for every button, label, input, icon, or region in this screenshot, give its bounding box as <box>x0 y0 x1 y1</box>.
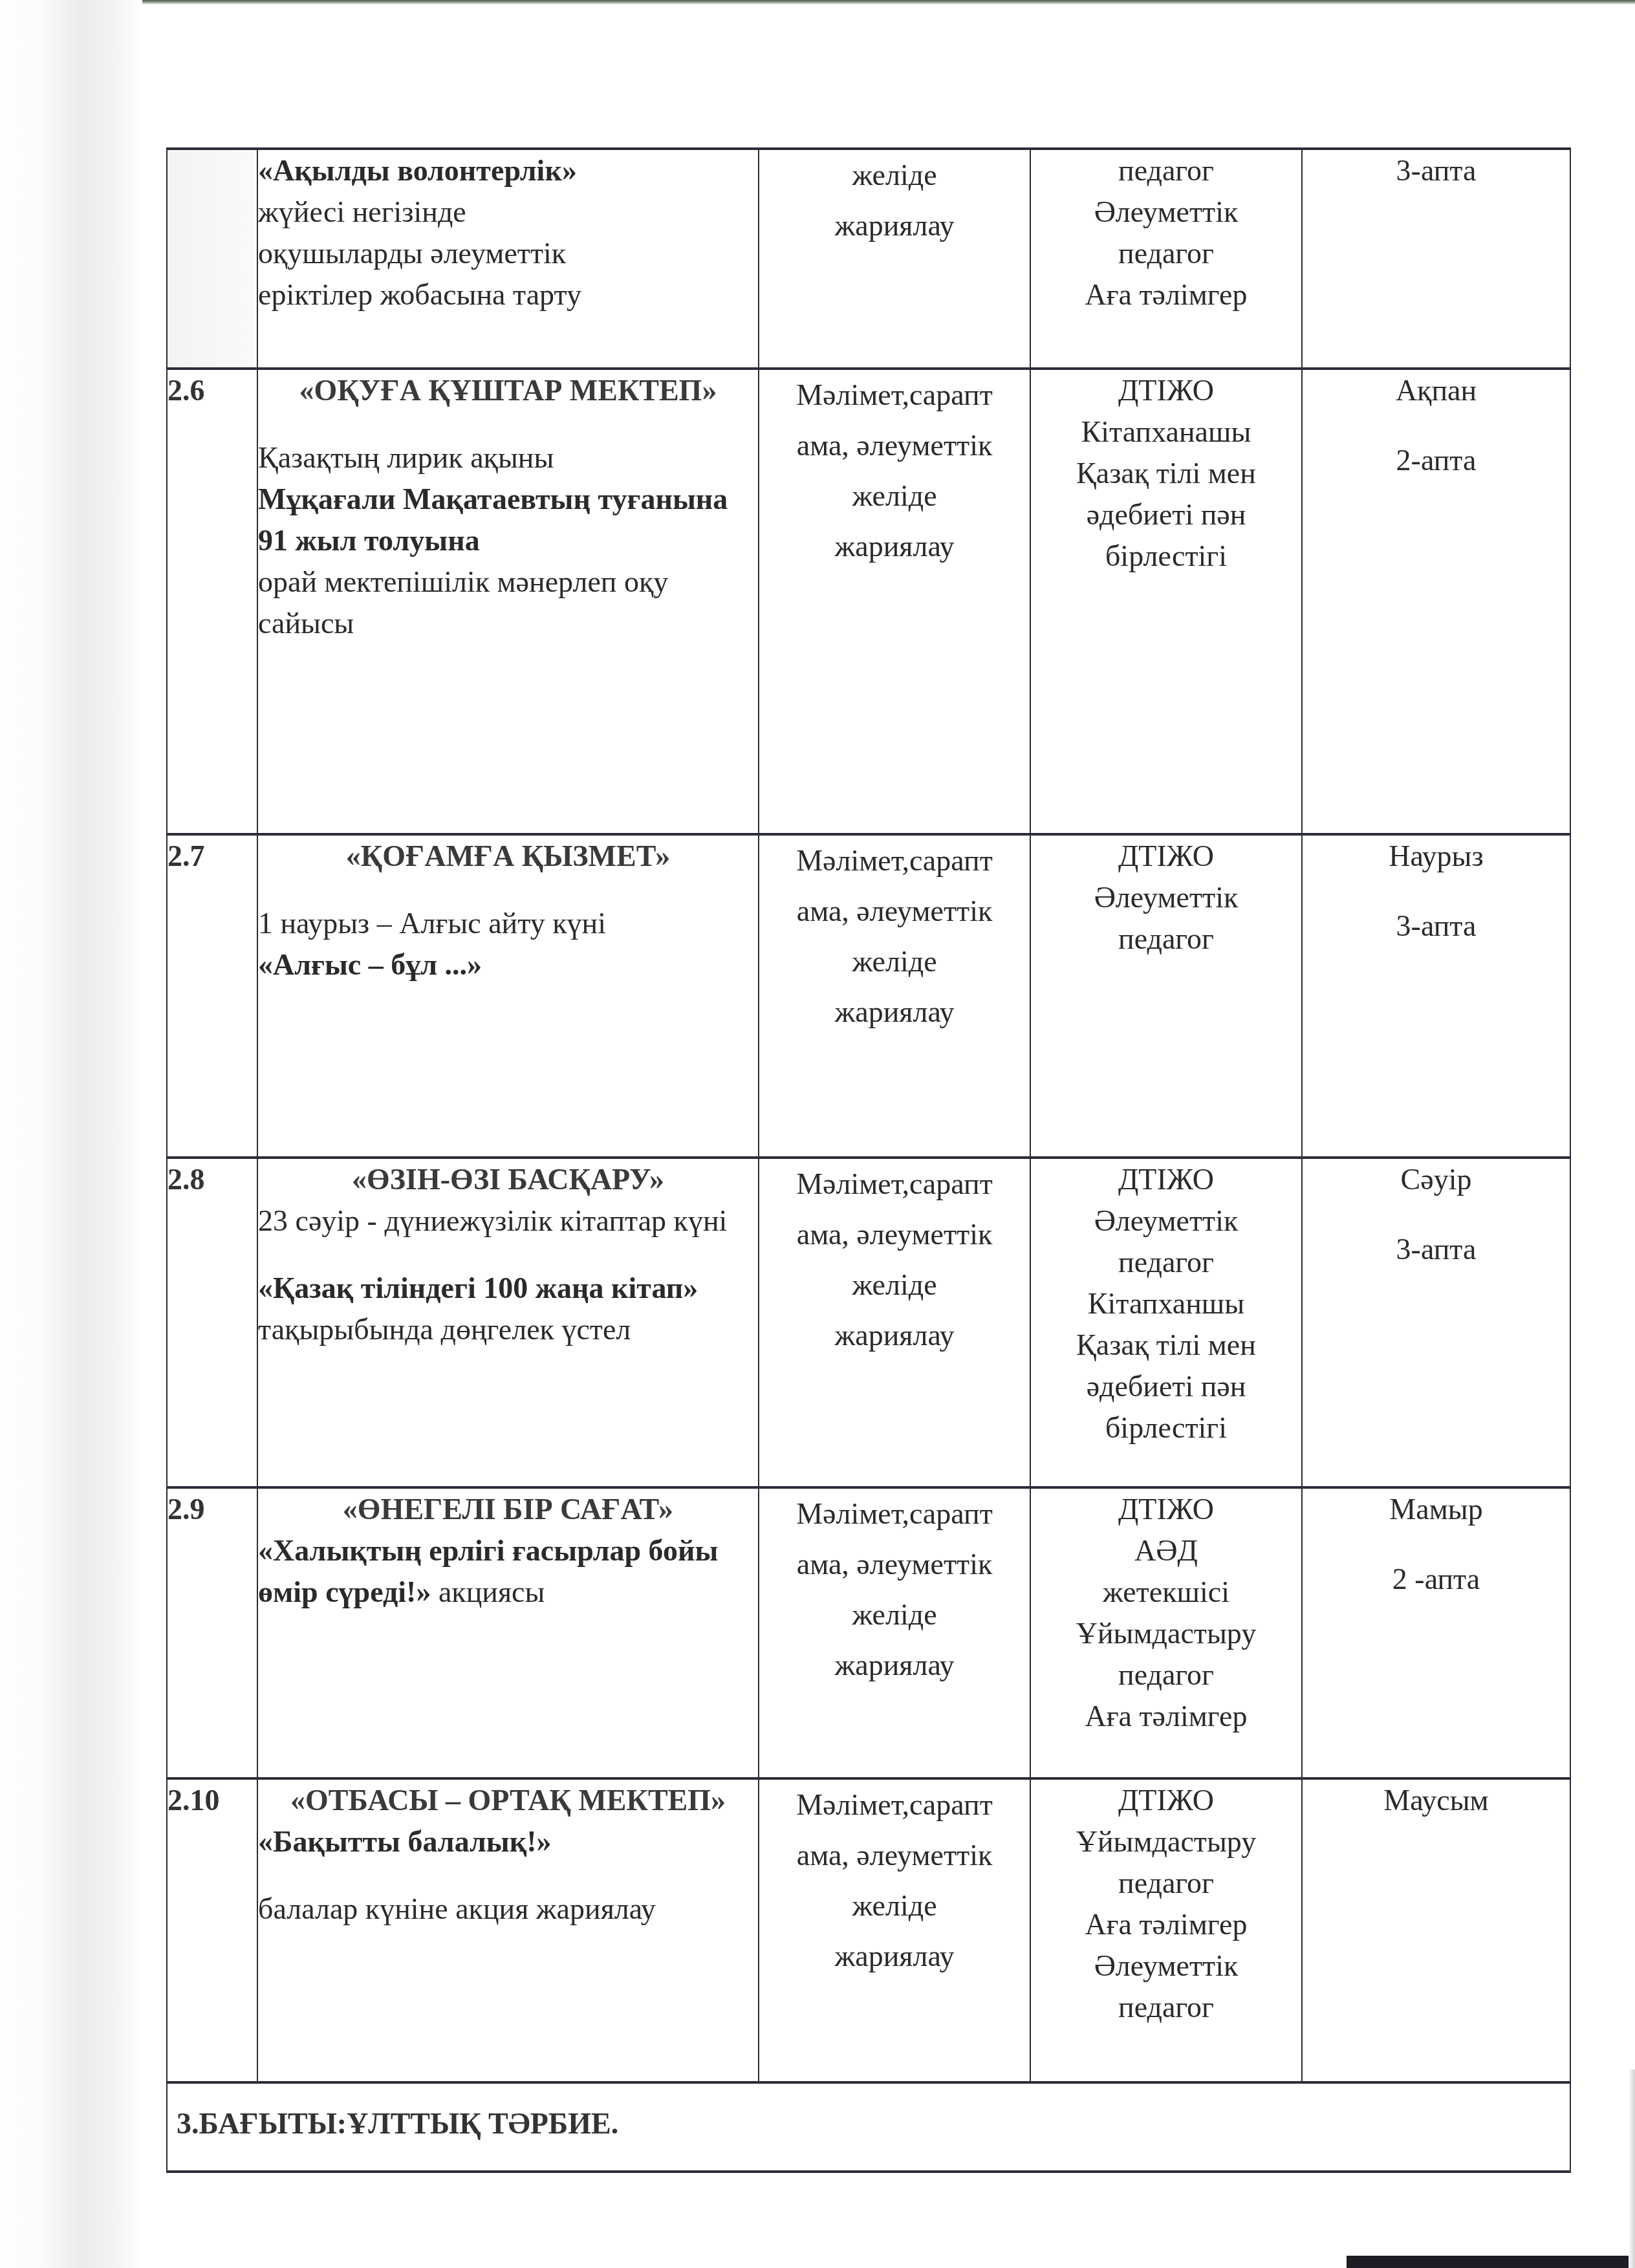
format-text: желіде <box>759 150 1030 200</box>
event-highlight: «Қазақ тіліндегі 100 жаңа кітап» <box>258 1271 698 1304</box>
row-number: 2.10 <box>167 1778 257 2082</box>
table-row: 2.8«ӨЗІН-ӨЗІ БАСҚАРУ»23 сәуір - дүниежүз… <box>167 1158 1570 1487</box>
table-row: 2.9«ӨНЕГЕЛІ БІР САҒАТ»«Халықтың ерлігі ғ… <box>167 1487 1570 1778</box>
deadline-cell: 3-апта <box>1302 149 1570 369</box>
deadline-text: 3-апта <box>1303 150 1570 191</box>
format-text: ама, әлеуметтік <box>759 1209 1030 1260</box>
responsible-person: педагог <box>1031 233 1301 274</box>
section-heading: 3.БАҒЫТЫ:ҰЛТТЫҚ ТӘРБИЕ. <box>167 2082 1570 2172</box>
spacer <box>1303 1530 1570 1559</box>
spacer <box>1303 411 1570 440</box>
deadline-cell: Ақпан2-апта <box>1302 369 1570 834</box>
deadline-cell: Маусым <box>1302 1778 1570 2082</box>
responsible-person: АӘД <box>1031 1530 1301 1571</box>
format-text: ама, әлеуметтік <box>759 886 1030 936</box>
format-text: желіде <box>759 1260 1030 1310</box>
format-text: желіде <box>759 1881 1030 1931</box>
format-text: желіде <box>759 471 1030 521</box>
format-cell: Мәлімет,сараптама, әлеуметтікжелідежария… <box>759 1778 1030 2082</box>
row-number <box>167 149 257 369</box>
responsible-cell: ДТІЖОӘлеуметтікпедагог <box>1030 834 1302 1158</box>
table-row: 2.7«ҚОҒАМҒА ҚЫЗМЕТ»1 наурыз – Алғыс айту… <box>167 834 1570 1158</box>
responsible-person: педагог <box>1031 918 1301 960</box>
responsible-person: әдебиеті пән <box>1031 494 1301 535</box>
scan-right-edge <box>1629 2069 1635 2268</box>
format-text: Мәлімет,сарапт <box>759 836 1030 886</box>
responsible-person: педагог <box>1031 1654 1301 1696</box>
responsible-cell: ДТІЖОҰйымдастырупедагогАға тәлімгерӘлеум… <box>1030 1778 1302 2082</box>
event-cell: «ОҚУҒА ҚҰШТАР МЕКТЕП»Қазақтың лирик ақын… <box>257 369 759 834</box>
event-description: «Ақылды волонтерлік» <box>258 150 758 191</box>
event-cell: «ӨНЕГЕЛІ БІР САҒАТ»«Халықтың ерлігі ғасы… <box>257 1487 759 1778</box>
responsible-person: ДТІЖО <box>1031 836 1301 877</box>
responsible-person: педагог <box>1031 1863 1301 1904</box>
responsible-person: Әлеуметтік <box>1031 877 1301 918</box>
format-cell: Мәлімет,сараптама, әлеуметтікжелідежария… <box>759 1158 1030 1487</box>
event-description: Мұқағали Мақатаевтың туғанына 91 жыл тол… <box>258 479 758 561</box>
format-text: жариялау <box>759 987 1030 1037</box>
event-description: орай мектепішілік мәнерлеп оқу сайысы <box>258 561 758 644</box>
responsible-cell: ДТІЖОӘлеуметтікпедагогКітапханшыҚазақ ті… <box>1030 1158 1302 1487</box>
responsible-person: ДТІЖО <box>1031 1489 1301 1530</box>
responsible-person: ДТІЖО <box>1031 1780 1301 1821</box>
deadline-text: 3-апта <box>1303 1229 1570 1270</box>
deadline-cell: Мамыр2 -апта <box>1302 1487 1570 1778</box>
scan-binding-shadow <box>0 0 142 2268</box>
event-title: «ОҚУҒА ҚҰШТАР МЕКТЕП» <box>258 370 758 411</box>
format-text: ама, әлеуметтік <box>759 1830 1030 1881</box>
responsible-cell: ДТІЖОАӘДжетекшісіҰйымдастырупедагогАға т… <box>1030 1487 1302 1778</box>
responsible-cell: педагогӘлеуметтікпедагогАға тәлімгер <box>1030 149 1302 369</box>
event-description: «Алғыс – бұл ...» <box>258 944 758 986</box>
format-text: Мәлімет,сарапт <box>759 1780 1030 1830</box>
format-text: жариялау <box>759 1640 1030 1690</box>
scan-bottom-edge <box>1347 2256 1635 2268</box>
event-description: «Халықтың ерлігі ғасырлар бойы өмір сүре… <box>258 1530 758 1613</box>
event-description: еріктілер жобасына тарту <box>258 274 758 316</box>
responsible-person: Қазақ тілі мен <box>1031 1324 1301 1366</box>
responsible-person: Аға тәлімгер <box>1031 1904 1301 1945</box>
format-cell: Мәлімет,сараптама, әлеуметтікжелідежария… <box>759 1487 1030 1778</box>
event-text: 23 сәуір - дүниежүзілік кітаптар күні <box>258 1204 727 1237</box>
spacer <box>258 877 758 903</box>
event-description: жүйесі негізінде <box>258 191 758 233</box>
deadline-text: Маусым <box>1303 1780 1570 1821</box>
deadline-text: 2 -апта <box>1303 1559 1570 1600</box>
event-cell: «ҚОҒАМҒА ҚЫЗМЕТ»1 наурыз – Алғыс айту кү… <box>257 834 759 1158</box>
event-cell: «ОТБАСЫ – ОРТАҚ МЕКТЕП»«Бақытты балалық!… <box>257 1778 759 2082</box>
event-text: тақырыбында дөңгелек үстел <box>258 1313 631 1346</box>
event-text: 1 наурыз – Алғыс айту күні <box>258 907 606 940</box>
responsible-person: ДТІЖО <box>1031 370 1301 411</box>
responsible-person: педагог <box>1031 1242 1301 1283</box>
event-description: 23 сәуір - дүниежүзілік кітаптар күні <box>258 1200 758 1242</box>
responsible-person: педагог <box>1031 150 1301 191</box>
responsible-person: Аға тәлімгер <box>1031 1696 1301 1737</box>
responsible-person: Қазақ тілі мен <box>1031 453 1301 494</box>
event-description: оқушыларды әлеуметтік <box>258 233 758 274</box>
event-text: Қазақтың лирик ақыны <box>258 441 554 474</box>
format-text: желіде <box>759 1590 1030 1640</box>
format-text: ама, әлеуметтік <box>759 1539 1030 1590</box>
deadline-text: Наурыз <box>1303 836 1570 877</box>
table-row: 2.6«ОҚУҒА ҚҰШТАР МЕКТЕП»Қазақтың лирик а… <box>167 369 1570 834</box>
event-text: орай мектепішілік мәнерлеп оқу сайысы <box>258 565 668 640</box>
row-number: 2.9 <box>167 1487 257 1778</box>
responsible-person: педагог <box>1031 1987 1301 2028</box>
responsible-person: бірлестігі <box>1031 535 1301 577</box>
format-text: ама, әлеуметтік <box>759 420 1030 471</box>
event-description: Қазақтың лирик ақыны <box>258 437 758 479</box>
spacer <box>1303 1200 1570 1229</box>
event-text: жүйесі негізінде <box>258 195 466 228</box>
format-text: жариялау <box>759 1931 1030 1982</box>
format-text: Мәлімет,сарапт <box>759 1159 1030 1209</box>
spacer <box>1303 877 1570 905</box>
table-row: «Ақылды волонтерлік»жүйесі негізіндеоқуш… <box>167 149 1570 369</box>
event-description: балалар күніне акция жариялау <box>258 1888 758 1930</box>
responsible-person: Әлеуметтік <box>1031 1945 1301 1987</box>
format-text: желіде <box>759 936 1030 987</box>
row-number: 2.7 <box>167 834 257 1158</box>
deadline-cell: Сәуір3-апта <box>1302 1158 1570 1487</box>
responsible-person: әдебиеті пән <box>1031 1366 1301 1407</box>
deadline-text: Ақпан <box>1303 370 1570 411</box>
spacer <box>258 1863 758 1888</box>
responsible-person: ДТІЖО <box>1031 1159 1301 1200</box>
event-title: «ӨЗІН-ӨЗІ БАСҚАРУ» <box>258 1159 758 1200</box>
format-cell: желідежариялау <box>759 149 1030 369</box>
event-title: «ӨНЕГЕЛІ БІР САҒАТ» <box>258 1489 758 1530</box>
deadline-text: 3-апта <box>1303 905 1570 947</box>
row-number: 2.8 <box>167 1158 257 1487</box>
event-title: «ҚОҒАМҒА ҚЫЗМЕТ» <box>258 836 758 877</box>
responsible-person: Ұйымдастыру <box>1031 1613 1301 1654</box>
event-title: «ОТБАСЫ – ОРТАҚ МЕКТЕП» <box>258 1780 758 1821</box>
event-highlight: «Бақытты балалық!» <box>258 1825 552 1858</box>
responsible-person: Ұйымдастыру <box>1031 1821 1301 1863</box>
table-row: 2.10«ОТБАСЫ – ОРТАҚ МЕКТЕП»«Бақытты бала… <box>167 1778 1570 2082</box>
responsible-person: Әлеуметтік <box>1031 1200 1301 1242</box>
event-cell: «ӨЗІН-ӨЗІ БАСҚАРУ»23 сәуір - дүниежүзілі… <box>257 1158 759 1487</box>
responsible-person: жетекшісі <box>1031 1571 1301 1613</box>
event-text: оқушыларды әлеуметтік <box>258 237 566 270</box>
spacer <box>258 1242 758 1268</box>
responsible-person: Кітапханшы <box>1031 1283 1301 1324</box>
event-cell: «Ақылды волонтерлік»жүйесі негізіндеоқуш… <box>257 149 759 369</box>
format-text: Мәлімет,сарапт <box>759 1489 1030 1539</box>
section-row: 3.БАҒЫТЫ:ҰЛТТЫҚ ТӘРБИЕ. <box>167 2082 1570 2172</box>
event-highlight: «Ақылды волонтерлік» <box>258 154 577 187</box>
deadline-text: Мамыр <box>1303 1489 1570 1530</box>
spacer <box>258 411 758 437</box>
format-cell: Мәлімет,сараптама, әлеуметтікжелідежария… <box>759 834 1030 1158</box>
format-cell: Мәлімет,сараптама, әлеуметтікжелідежария… <box>759 369 1030 834</box>
row-number: 2.6 <box>167 369 257 834</box>
event-plan-table: «Ақылды волонтерлік»жүйесі негізіндеоқуш… <box>166 147 1571 2173</box>
responsible-person: бірлестігі <box>1031 1407 1301 1449</box>
deadline-text: 2-апта <box>1303 440 1570 481</box>
event-description: «Қазақ тіліндегі 100 жаңа кітап» тақырыб… <box>258 1268 758 1350</box>
responsible-person: Аға тәлімгер <box>1031 274 1301 316</box>
responsible-cell: ДТІЖОКітапханашыҚазақ тілі менәдебиеті п… <box>1030 369 1302 834</box>
event-highlight: «Алғыс – бұл ...» <box>258 948 482 981</box>
format-text: жариялау <box>759 1310 1030 1361</box>
responsible-person: Әлеуметтік <box>1031 191 1301 233</box>
format-text: жариялау <box>759 200 1030 251</box>
event-description: «Бақытты балалық!» <box>258 1821 758 1863</box>
event-text: еріктілер жобасына тарту <box>258 278 581 311</box>
deadline-text: Сәуір <box>1303 1159 1570 1200</box>
event-text: балалар күніне акция жариялау <box>258 1892 656 1925</box>
format-text: жариялау <box>759 521 1030 572</box>
event-description: 1 наурыз – Алғыс айту күні <box>258 903 758 944</box>
responsible-person: Кітапханашы <box>1031 411 1301 453</box>
deadline-cell: Наурыз3-апта <box>1302 834 1570 1158</box>
event-highlight: Мұқағали Мақатаевтың туғанына 91 жыл тол… <box>258 482 728 557</box>
format-text: Мәлімет,сарапт <box>759 370 1030 420</box>
scan-top-edge <box>0 0 1635 4</box>
event-text: акциясы <box>431 1575 545 1608</box>
